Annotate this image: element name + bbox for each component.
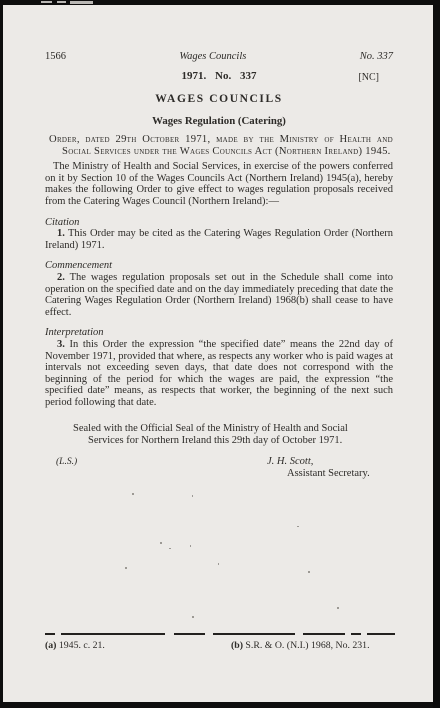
scan-artifact-dash [57,1,66,3]
section-text: This Order may be cited as the Catering … [45,228,393,251]
section-heading-commencement: Commencement [45,260,393,272]
footnote-text: S.R. & O. (N.I.) 1968, No. 231. [243,640,370,651]
scan-artifact-streak [433,510,440,708]
issue-line: 1971. No. 337 [NC] [45,70,393,83]
signatory-title: Assistant Secretary. [267,468,370,479]
signature-block: (L.S.) J. H. Scott, Assistant Secretary. [45,456,393,482]
page-number: 1566 [45,51,66,63]
running-title: Wages Councils [179,51,246,63]
corner-mark: [NC] [358,71,379,84]
footnote-label: (a) [45,640,56,651]
scan-speckle [160,542,162,544]
footnote-b: (b) S.R. & O. (N.I.) 1968, No. 231. [231,640,370,651]
section-heading-citation: Citation [45,217,393,229]
signatory-name: J. H. Scott, [267,456,313,467]
scan-speckle [308,571,310,573]
document-content: 1566 Wages Councils No. 337 1971. No. 33… [3,5,433,482]
scan-speckle [192,616,194,618]
issue-number: 1971. No. 337 [182,70,257,82]
seal-mark: (L.S.) [56,456,77,468]
section-number: 1. [57,228,65,239]
section-number: 2. [57,272,65,283]
section-paragraph-1: 1. This Order may be cited as the Cateri… [45,228,393,251]
footnote-row: (a) 1945. c. 21. (b) S.R. & O. (N.I.) 19… [45,640,395,652]
section-paragraph-3: 3. In this Order the expression “the spe… [45,339,393,409]
scan-speckle [125,567,127,569]
footnote-label: (b) [231,640,243,651]
footnote-a: (a) 1945. c. 21. [45,640,105,651]
scan-speckle [190,545,191,547]
main-heading: WAGES COUNCILS [45,93,393,106]
section-heading-interpretation: Interpretation [45,327,393,339]
scan-speckle [297,526,299,527]
footnote-area: (a) 1945. c. 21. (b) S.R. & O. (N.I.) 19… [45,633,395,652]
footnote-rule [45,633,395,635]
scan-speckle [132,493,134,495]
preamble-paragraph: The Ministry of Health and Social Servic… [45,161,393,207]
signatory: J. H. Scott, Assistant Secretary. [267,456,393,480]
document-page: 1566 Wages Councils No. 337 1971. No. 33… [3,5,433,702]
running-number: No. 337 [360,51,393,63]
section-paragraph-2: 2. The wages regulation proposals set ou… [45,272,393,318]
scan-artifact-dash [70,1,93,4]
scan-speckle [337,607,339,609]
sub-heading: Wages Regulation (Catering) [45,115,393,127]
scan-speckle [218,563,219,565]
order-recital: Order, dated 29th October 1971, made by … [45,134,393,157]
scan-speckle [169,548,171,549]
section-text: The wages regulation proposals set out i… [45,272,393,318]
section-text: In this Order the expression “the specif… [45,339,393,408]
section-number: 3. [57,339,65,350]
running-header: 1566 Wages Councils No. 337 [45,51,393,63]
scan-artifact-dash [41,1,52,3]
sealing-clause: Sealed with the Official Seal of the Min… [45,423,393,446]
footnote-text: 1945. c. 21. [56,640,104,651]
scan-speckle [192,495,193,497]
